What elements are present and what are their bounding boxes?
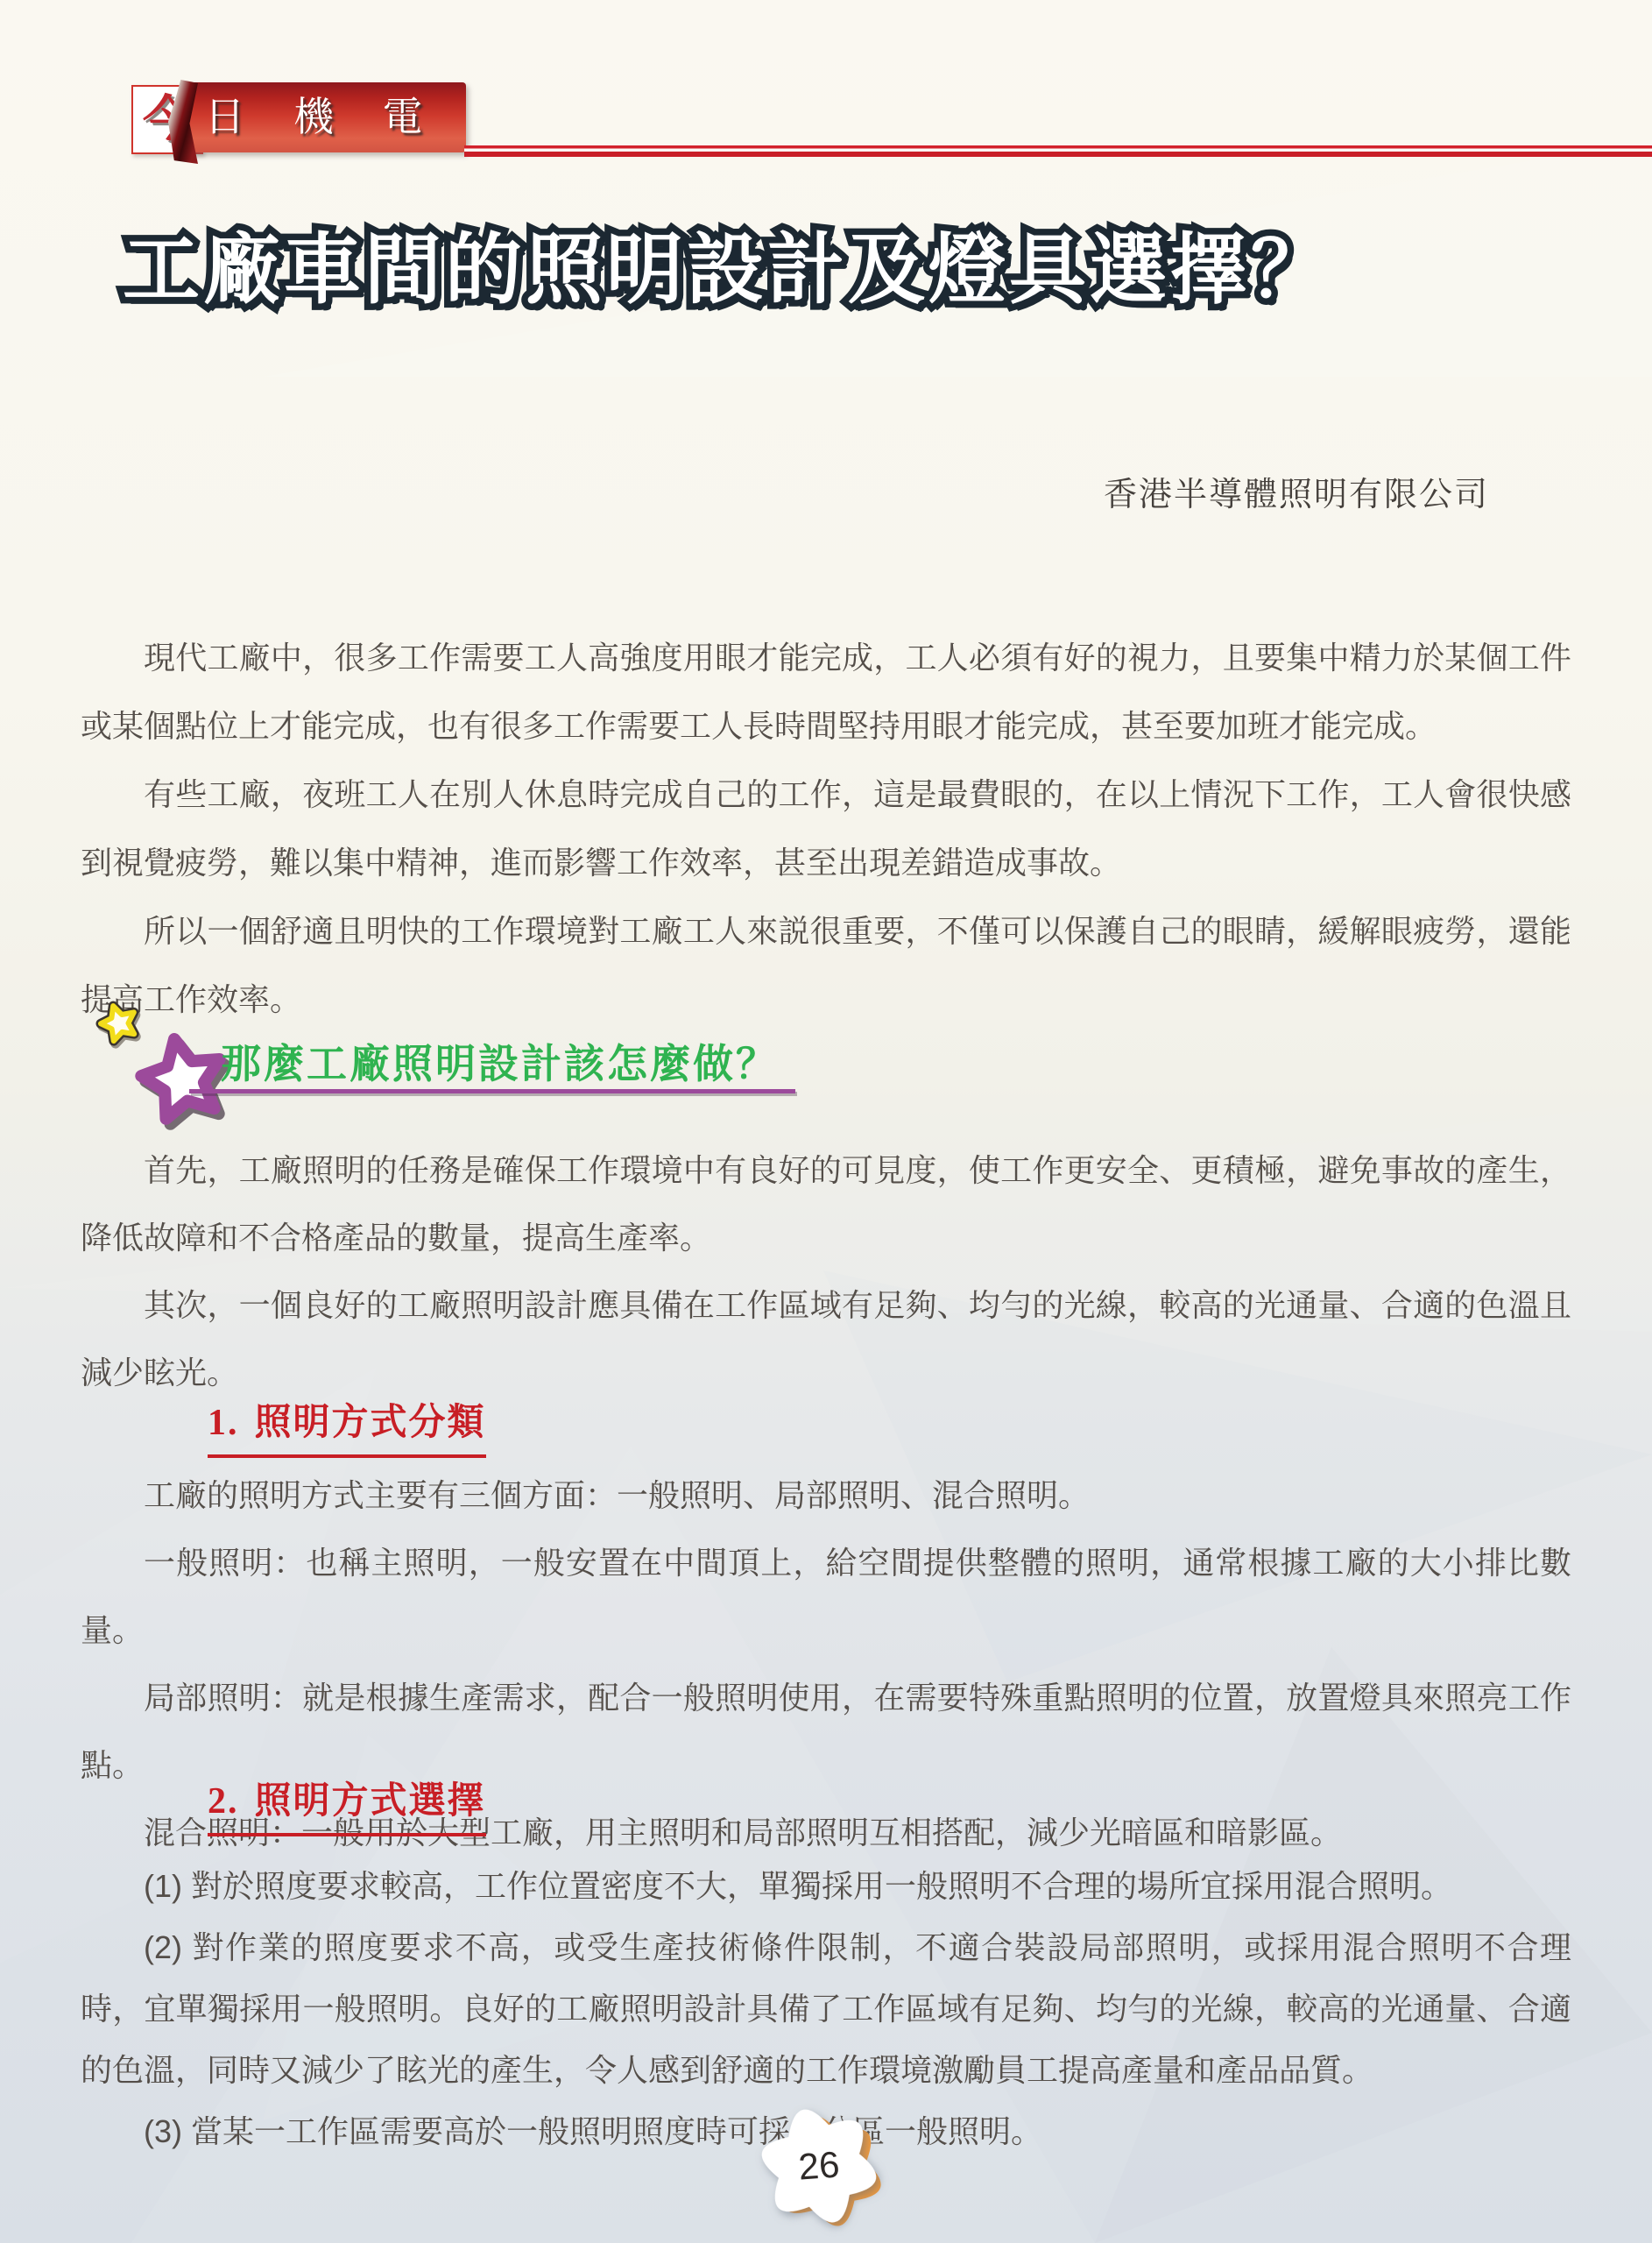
masthead: 今 日 機 電 <box>0 0 1652 175</box>
paragraph: 工廠的照明方式主要有三個方面：一般照明、局部照明、混合照明。 <box>81 1461 1571 1529</box>
section-2-number: 2. <box>208 1781 239 1822</box>
paragraph: 其次，一個良好的工廠照明設計應具備在工作區域有足夠、均勻的光線，較高的光通量、合… <box>81 1271 1571 1406</box>
mid-paragraphs: 首先，工廠照明的任務是確保工作環境中有良好的可見度，使工作更安全、更積極，避免事… <box>81 1136 1571 1406</box>
purple-star-icon <box>134 1030 232 1129</box>
paragraph: (1) 對於照度要求較高，工作位置密度不大，單獨採用一般照明不合理的場所宜採用混… <box>81 1856 1571 1917</box>
masthead-title: 日 機 電 <box>180 82 466 152</box>
question-heading: 那麼工廠照明設計該怎麼做？ <box>221 1032 779 1090</box>
section-1-number: 1. <box>208 1403 239 1443</box>
section-2-title: 照明方式選擇 <box>255 1781 486 1822</box>
author-line: 香港半導體照明有限公司 <box>1104 467 1489 515</box>
section-1-title: 照明方式分類 <box>255 1403 486 1443</box>
section-2-heading: 2.照明方式選擇 <box>208 1772 486 1836</box>
paragraph: 一般照明：也稱主照明，一般安置在中間頂上，給空間提供整體的照明，通常根據工廠的大… <box>81 1529 1571 1664</box>
paragraph: 所以一個舒適且明快的工作環境對工廠工人來説很重要，不僅可以保護自己的眼睛，緩解眼… <box>81 897 1571 1034</box>
paragraph: 首先，工廠照明的任務是確保工作環境中有良好的可見度，使工作更安全、更積極，避免事… <box>81 1136 1571 1271</box>
paragraph: 有些工廠，夜班工人在別人休息時完成自己的工作，這是最費眼的，在以上情況下工作，工… <box>81 761 1571 897</box>
masthead-ribbon: 日 機 電 <box>180 82 466 152</box>
intro-paragraphs: 現代工廠中，很多工作需要工人高強度用眼才能完成，工人必須有好的視力，且要集中精力… <box>81 624 1571 1034</box>
paragraph: (2) 對作業的照度要求不高，或受生產技術條件限制，不適合裝設局部照明，或採用混… <box>81 1917 1571 2101</box>
article-title-fill: 工廠車間的照明設計及燈具選擇？ <box>123 209 1331 319</box>
masthead-rule <box>464 145 1652 157</box>
section-1-heading: 1.照明方式分類 <box>208 1393 486 1458</box>
magazine-page: 今 日 機 電 工廠車間的照明設計及燈具選擇？ 工廠車間的照明設計及燈具選擇？ … <box>0 0 1652 2243</box>
question-heading-underline <box>189 1089 795 1093</box>
page-number-badge: 26 <box>753 2099 893 2239</box>
paragraph: 現代工廠中，很多工作需要工人高強度用眼才能完成，工人必須有好的視力，且要集中精力… <box>81 624 1571 761</box>
